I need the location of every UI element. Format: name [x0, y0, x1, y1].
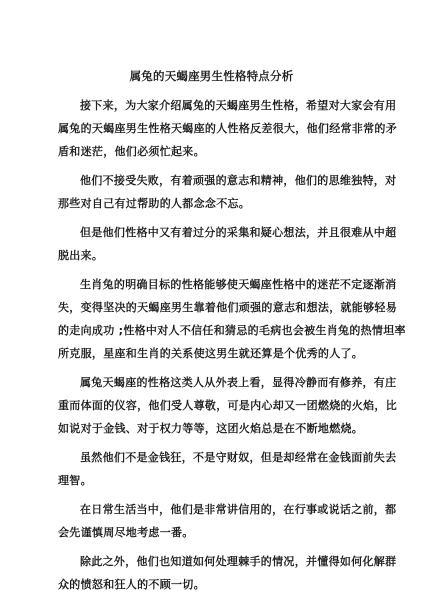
text-line: 所克服，星座和生肖的关系使这男生就还算是个优秀的人了。 [58, 342, 354, 365]
paragraph-3: 但是他们性格中又有着过分的采集和疑心想法，并且很难从中超 脱出来。 [58, 221, 354, 267]
paragraph-6: 虽然他们不是金钱狂，不是守财奴，但是却经常在金钱面前失去 理智。 [58, 446, 354, 492]
text-line: 在日常生活当中，他们是非常讲信用的，在行事或说话之前，都 [58, 498, 354, 521]
text-line: 那些对自己有过帮助的人都念念不忘。 [58, 192, 354, 215]
paragraph-1: 接下来，为大家介绍属兔的天蝎座男生性格，希望对大家会有用 属兔的天蝎座男生性格天… [58, 94, 354, 163]
text-line: 他们不接受失败，有着顽强的意志和精神，他们的思维独特，对 [58, 169, 354, 192]
text-line: 众的愤怒和狂人的不顾一切。 [58, 573, 354, 596]
text-line: 除此之外，他们也知道如何处理棘手的情况，并懂得如何化解群 [58, 550, 354, 573]
text-line: 盾和迷茫，他们必须忙起来。 [58, 140, 354, 163]
text-line: 脱出来。 [58, 244, 354, 267]
paragraph-4: 生肖兔的明确目标的性格能够使天蝎座性格中的迷茫不定逐渐消 失，变得坚决的天蝎座男… [58, 273, 354, 365]
document-title: 属兔的天蝎座男生性格特点分析 [0, 68, 423, 84]
document-page: 属兔的天蝎座男生性格特点分析 接下来，为大家介绍属兔的天蝎座男生性格，希望对大家… [0, 0, 423, 600]
paragraph-7: 在日常生活当中，他们是非常讲信用的，在行事或说话之前，都 会先谨慎周尽地考虑一番… [58, 498, 354, 544]
text-line: 的走向成功 ;性格中对人不信任和猜忌的毛病也会被生肖兔的热情坦率 [58, 319, 354, 342]
text-line: 失，变得坚决的天蝎座男生靠着他们顽强的意志和想法，就能够轻易 [58, 296, 354, 319]
text-line: 生肖兔的明确目标的性格能够使天蝎座性格中的迷茫不定逐渐消 [58, 273, 354, 296]
paragraph-8: 除此之外，他们也知道如何处理棘手的情况，并懂得如何化解群 众的愤怒和狂人的不顾一… [58, 550, 354, 596]
text-line: 会先谨慎周尽地考虑一番。 [58, 521, 354, 544]
paragraph-2: 他们不接受失败，有着顽强的意志和精神，他们的思维独特，对 那些对自己有过帮助的人… [58, 169, 354, 215]
text-line: 属兔天蝎座的性格这类人从外表上看，显得冷静而有修养，有庄 [58, 371, 354, 394]
text-line: 但是他们性格中又有着过分的采集和疑心想法，并且很难从中超 [58, 221, 354, 244]
text-line: 接下来，为大家介绍属兔的天蝎座男生性格，希望对大家会有用 [58, 94, 354, 117]
paragraph-5: 属兔天蝎座的性格这类人从外表上看，显得冷静而有修养，有庄 重而体面的仪容，他们受… [58, 371, 354, 440]
document-body: 接下来，为大家介绍属兔的天蝎座男生性格，希望对大家会有用 属兔的天蝎座男生性格天… [58, 94, 354, 600]
text-line: 如说对于金钱、对于权力等等，这团火焰总是在不断地燃烧。 [58, 417, 354, 440]
text-line: 虽然他们不是金钱狂，不是守财奴，但是却经常在金钱面前失去 [58, 446, 354, 469]
text-line: 理智。 [58, 469, 354, 492]
text-line: 重而体面的仪容，他们受人尊敬，可是内心却又一团燃烧的火焰，比 [58, 394, 354, 417]
text-line: 属兔的天蝎座男生性格天蝎座的人性格反差很大，他们经常非常的矛 [58, 117, 354, 140]
